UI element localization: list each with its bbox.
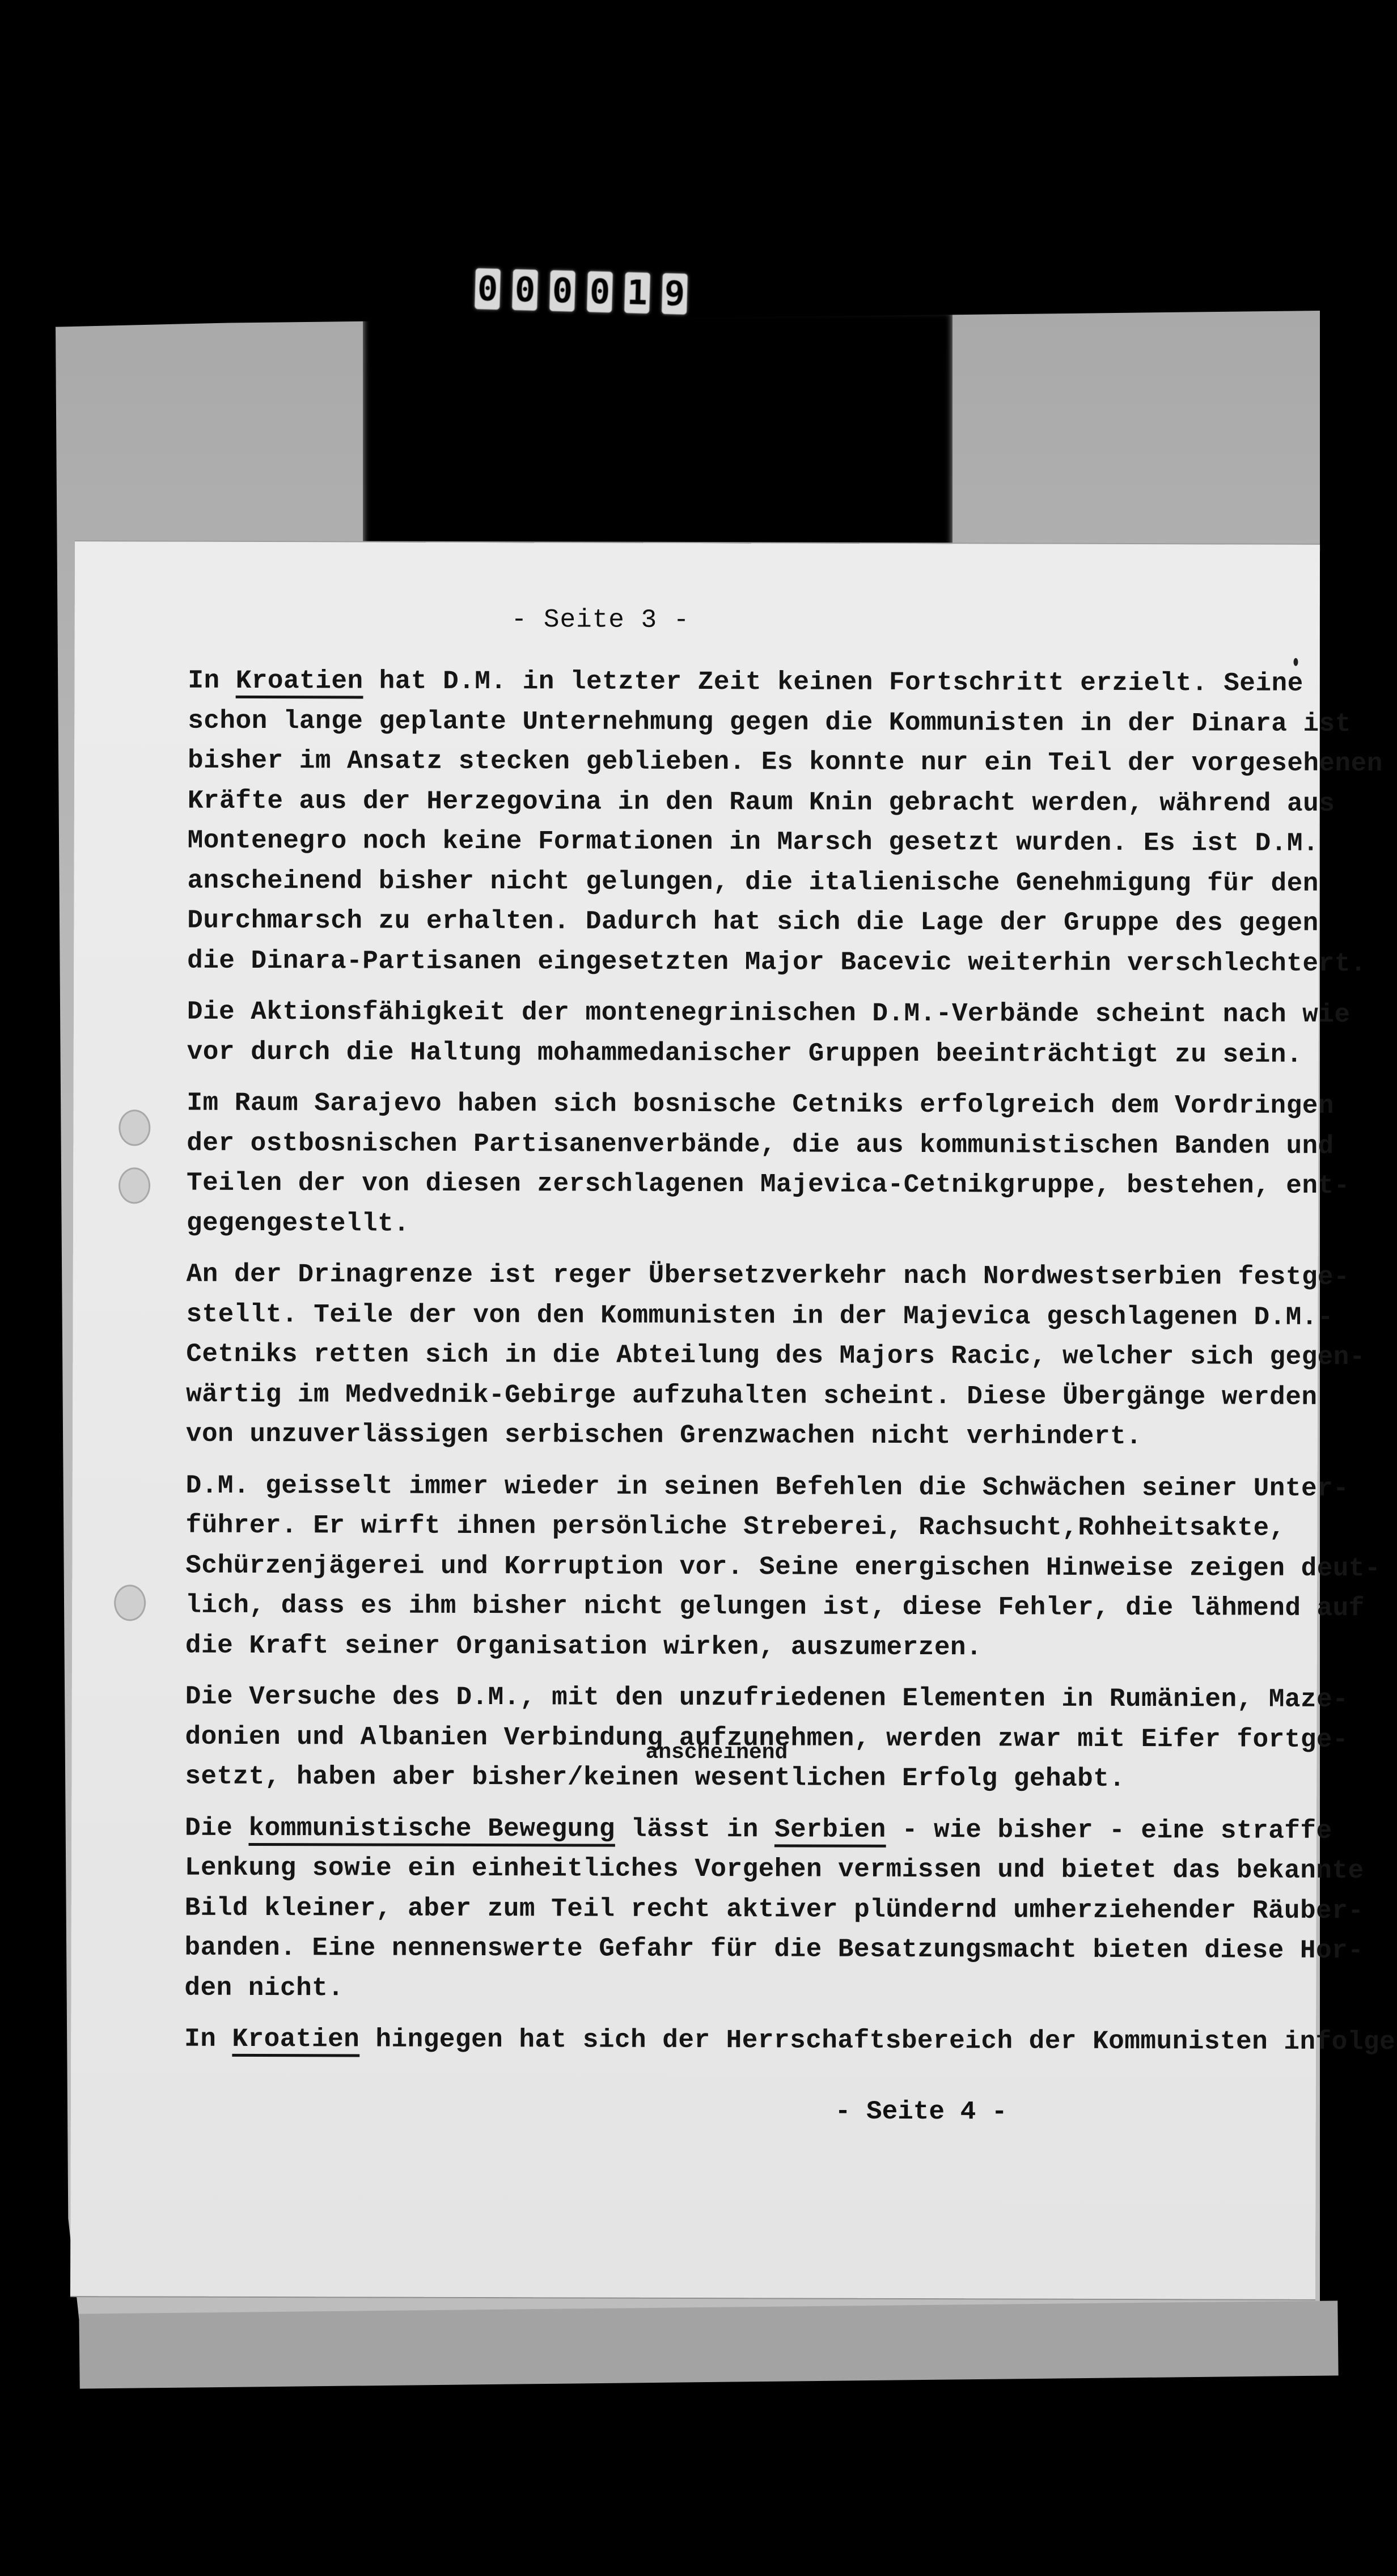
text-segment: vor durch die Haltung mohammedanischer G…: [187, 1037, 1302, 1069]
text-line: In Kroatien hingegen hat sich der Herrsc…: [184, 2019, 1273, 2062]
text-segment: D.M. geisselt immer wieder in seinen Bef…: [186, 1471, 1349, 1503]
text-segment: In: [184, 2024, 232, 2054]
text-line: Die Versuche des D.M., mit den unzufried…: [185, 1677, 1274, 1720]
text-segment: In: [188, 666, 235, 696]
text-line: Teilen der von diesen zerschlagenen Maje…: [187, 1163, 1275, 1206]
text-line: Im Raum Sarajevo haben sich bosnische Ce…: [187, 1083, 1275, 1126]
text-line: der ostbosnischen Partisanenverbände, di…: [187, 1123, 1275, 1166]
text-segment: setzt, haben aber bisher/keinen wesentli…: [185, 1762, 1125, 1794]
counter-digit: 0: [549, 270, 575, 312]
text-line: Die kommunistische Bewegung lässt in Ser…: [185, 1808, 1273, 1851]
text-segment: - wie bisher - eine straffe: [886, 1815, 1332, 1845]
text-line: Montenegro noch keine Formationen in Mar…: [188, 821, 1276, 864]
text-line: Cetniks retten sich in die Abteilung des…: [186, 1334, 1275, 1378]
paragraph: In Kroatien hingegen hat sich der Herrsc…: [184, 2019, 1273, 2062]
counter-digit: 1: [624, 272, 650, 313]
underlined-term: Serbien: [774, 1815, 886, 1845]
text-line: banden. Eine nennenswerte Gefahr für die…: [184, 1928, 1273, 1971]
microfilm-frame-counter: 0 0 0 0 1 9: [475, 268, 688, 315]
text-line: die Dinara-Partisanen eingesetzten Major…: [187, 940, 1276, 984]
counter-digit: 9: [662, 273, 688, 315]
counter-digit: 0: [512, 269, 538, 311]
text-segment: Bild kleiner, aber zum Teil recht aktive…: [185, 1893, 1364, 1925]
text-line: den nicht.: [184, 1968, 1273, 2011]
text-segment: führer. Er wirft ihnen persönliche Streb…: [185, 1511, 1285, 1543]
text-segment: lich, dass es ihm bisher nicht gelungen …: [185, 1591, 1365, 1623]
text-segment: Durchmarsch zu erhalten. Dadurch hat sic…: [187, 906, 1319, 938]
counter-digit: 0: [475, 268, 501, 310]
paragraph: Die Versuche des D.M., mit den unzufried…: [185, 1677, 1274, 1800]
page-footer: - Seite 4 -: [835, 2097, 1007, 2127]
text-segment: Montenegro noch keine Formationen in Mar…: [188, 826, 1319, 858]
text-line: vor durch die Haltung mohammedanischer G…: [187, 1032, 1276, 1075]
text-line: In Kroatien hat D.M. in letzter Zeit kei…: [188, 661, 1276, 704]
counter-digit: 0: [587, 271, 613, 312]
typed-page: - Seite 3 - In Kroatien hat D.M. in letz…: [70, 541, 1320, 2299]
text-line: bisher im Ansatz stecken geblieben. Es k…: [188, 741, 1276, 784]
text-line: Bild kleiner, aber zum Teil recht aktive…: [185, 1888, 1273, 1931]
text-segment: Die Aktionsfähigkeit der montenegrinisch…: [187, 997, 1351, 1029]
text-segment: Im Raum Sarajevo haben sich bosnische Ce…: [187, 1088, 1334, 1121]
text-segment: hingegen hat sich der Herrschaftsbereich…: [359, 2024, 1395, 2057]
text-segment: die Dinara-Partisanen eingesetzten Major…: [187, 946, 1366, 978]
ink-speck: [1293, 658, 1298, 666]
text-segment: hat D.M. in letzter Zeit keinen Fortschr…: [363, 666, 1303, 698]
text-line: Durchmarsch zu erhalten. Dadurch hat sic…: [187, 901, 1276, 944]
text-segment: den nicht.: [184, 1973, 344, 2003]
text-segment: die Kraft seiner Organisation wirken, au…: [185, 1630, 982, 1662]
text-line: Kräfte aus der Herzegovina in den Raum K…: [188, 781, 1276, 824]
handwritten-insertion: anscheinend: [645, 1740, 788, 1765]
text-segment: der ostbosnischen Partisanenverbände, di…: [187, 1128, 1334, 1160]
text-segment: Cetniks retten sich in die Abteilung des…: [186, 1340, 1365, 1372]
text-line: stellt. Teile der von den Kommunisten in…: [186, 1294, 1275, 1337]
page-header: - Seite 3 -: [511, 605, 690, 635]
text-line: die Kraft seiner Organisation wirken, au…: [185, 1625, 1274, 1668]
backing-sheet-bottom: [79, 2300, 1338, 2388]
text-segment: anscheinend bisher nicht gelungen, die i…: [187, 866, 1319, 898]
text-segment: Schürzenjägerei und Korruption vor. Sein…: [185, 1550, 1381, 1583]
text-segment: Die: [185, 1813, 249, 1842]
paragraph: D.M. geisselt immer wieder in seinen Bef…: [185, 1465, 1275, 1668]
punch-hole: [118, 1109, 150, 1146]
text-segment: lässt in: [615, 1814, 774, 1844]
paragraph: An der Drinagrenze ist reger Übersetzver…: [186, 1255, 1275, 1458]
text-line: An der Drinagrenze ist reger Übersetzver…: [187, 1255, 1275, 1298]
text-segment: bisher im Ansatz stecken geblieben. Es k…: [188, 746, 1383, 779]
text-line: Lenkung sowie ein einheitliches Vorgehen…: [185, 1848, 1273, 1891]
text-line: von unzuverlässigen serbischen Grenzwach…: [186, 1414, 1275, 1458]
text-segment: von unzuverlässigen serbischen Grenzwach…: [186, 1420, 1142, 1451]
text-line: wärtig im Medvednik-Gebirge aufzuhalten …: [186, 1374, 1275, 1417]
paragraph: Die Aktionsfähigkeit der montenegrinisch…: [187, 992, 1276, 1075]
text-segment: An der Drinagrenze ist reger Übersetzver…: [187, 1260, 1350, 1292]
text-segment: schon lange geplante Unternehmung gegen …: [188, 706, 1351, 738]
text-line: lich, dass es ihm bisher nicht gelungen …: [185, 1586, 1274, 1629]
text-line: gegengestellt.: [187, 1203, 1275, 1246]
paragraph: In Kroatien hat D.M. in letzter Zeit kei…: [187, 661, 1276, 984]
paragraph: Die kommunistische Bewegung lässt in Ser…: [184, 1808, 1273, 2011]
text-line: führer. Er wirft ihnen persönliche Streb…: [185, 1506, 1274, 1549]
text-line: schon lange geplante Unternehmung gegen …: [188, 701, 1276, 744]
text-line: Schürzenjägerei und Korruption vor. Sein…: [185, 1545, 1274, 1588]
text-segment: gegengestellt.: [187, 1208, 410, 1238]
text-line: D.M. geisselt immer wieder in seinen Bef…: [186, 1465, 1275, 1509]
document-body: In Kroatien hat D.M. in letzter Zeit kei…: [184, 661, 1277, 2074]
underlined-term: kommunistische Bewegung: [248, 1813, 615, 1844]
text-segment: wärtig im Medvednik-Gebirge aufzuhalten …: [186, 1379, 1318, 1412]
text-segment: Lenkung sowie ein einheitliches Vorgehen…: [185, 1853, 1364, 1886]
text-segment: Kräfte aus der Herzegovina in den Raum K…: [188, 786, 1335, 818]
text-segment: Die Versuche des D.M., mit den unzufried…: [185, 1682, 1349, 1714]
underlined-term: Kroatien: [232, 2024, 359, 2054]
paragraph: Im Raum Sarajevo haben sich bosnische Ce…: [187, 1083, 1276, 1246]
text-line: anscheinend bisher nicht gelungen, die i…: [187, 861, 1276, 904]
text-segment: stellt. Teile der von den Kommunisten in…: [186, 1299, 1333, 1332]
text-segment: banden. Eine nennenswerte Gefahr für die…: [184, 1933, 1364, 1965]
text-line: Die Aktionsfähigkeit der montenegrinisch…: [187, 992, 1276, 1035]
punch-hole: [114, 1584, 146, 1621]
underlined-term: Kroatien: [236, 666, 363, 696]
text-segment: Teilen der von diesen zerschlagenen Maje…: [187, 1168, 1350, 1201]
punch-hole: [118, 1167, 150, 1204]
